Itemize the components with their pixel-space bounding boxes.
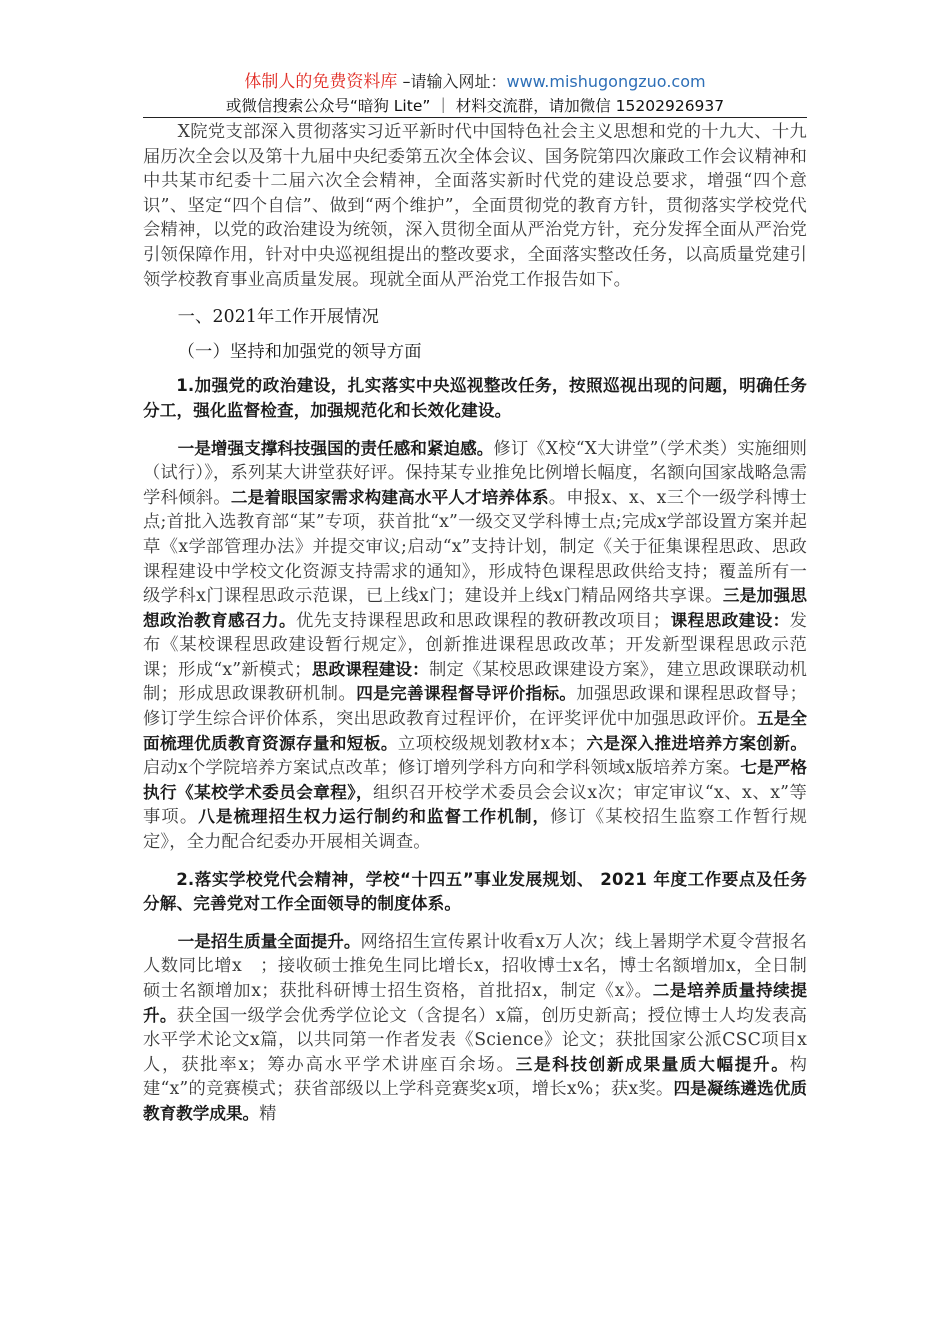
header-divider: [143, 117, 807, 118]
text-run: 立项校级规划教材x本；: [398, 734, 586, 754]
website-link[interactable]: www.mishugongzuo.com: [507, 72, 706, 91]
header-line-1: 体制人的免费资料库 –请输入网址：www.mishugongzuo.com: [143, 70, 807, 94]
url-prompt: –请输入网址：: [397, 72, 506, 91]
bold-phrase: 六是深入推进培养方案创新。: [586, 734, 807, 753]
item-2-heading: 2.落实学校党代会精神，学校“十四五”事业发展规划、 2021 年度工作要点及任…: [143, 868, 807, 917]
document-page: 体制人的免费资料库 –请输入网址：www.mishugongzuo.com 或微…: [0, 0, 950, 1344]
text-run: 优先支持课程思政和思政课程的教研教改项目；: [296, 611, 670, 631]
bold-phrase: 一是增强支撑科技强国的责任感和紧迫感。: [178, 439, 494, 458]
subsection-heading: （一）坚持和加强党的领导方面: [143, 340, 807, 365]
bold-phrase: 二是着眼国家需求构建高水平人才培养体系: [231, 488, 549, 507]
section-heading: 一、2021年工作开展情况: [143, 305, 807, 330]
item-1-paragraph: 一是增强支撑科技强国的责任感和紧迫感。修订《X校“X大讲堂”（学术类）实施细则（…: [143, 437, 807, 855]
bold-phrase: 一是招生质量全面提升。: [178, 932, 361, 951]
text-run: 精: [259, 1104, 276, 1124]
item-2-paragraph: 一是招生质量全面提升。网络招生宣传累计收看x万人次；线上暑期学术夏令营报名人数同…: [143, 930, 807, 1127]
bold-phrase: 三是科技创新成果量质大幅提升。: [516, 1055, 790, 1074]
bold-phrase: 八是梳理招生权力运行制约和监督工作机制，: [198, 807, 550, 826]
intro-paragraph: X院党支部深入贯彻落实习近平新时代中国特色社会主义思想和党的十九大、十九届历次全…: [143, 120, 807, 292]
document-body: X院党支部深入贯彻落实习近平新时代中国特色社会主义思想和党的十九大、十九届历次全…: [143, 120, 807, 1127]
page-header-banner: 体制人的免费资料库 –请输入网址：www.mishugongzuo.com 或微…: [143, 70, 807, 118]
item-1-heading: 1.加强党的政治建设，扎实落实中央巡视整改任务，按照巡视出现的问题，明确任务分工…: [143, 374, 807, 423]
bold-phrase: 四是完善课程督导评价指标。: [356, 684, 576, 703]
bold-phrase: 课程思政建设：: [670, 611, 789, 630]
bold-phrase: 思政课程建设：: [312, 660, 429, 679]
brand-title: 体制人的免费资料库: [244, 72, 397, 92]
header-line-2: 或微信搜索公众号“暗狗 Lite” ｜ 材料交流群，请加微信 152029269…: [143, 94, 807, 118]
text-run: 启动x个学院培养方案试点改革；修订增列学科方向和学科领域x版培养方案。: [143, 758, 740, 778]
